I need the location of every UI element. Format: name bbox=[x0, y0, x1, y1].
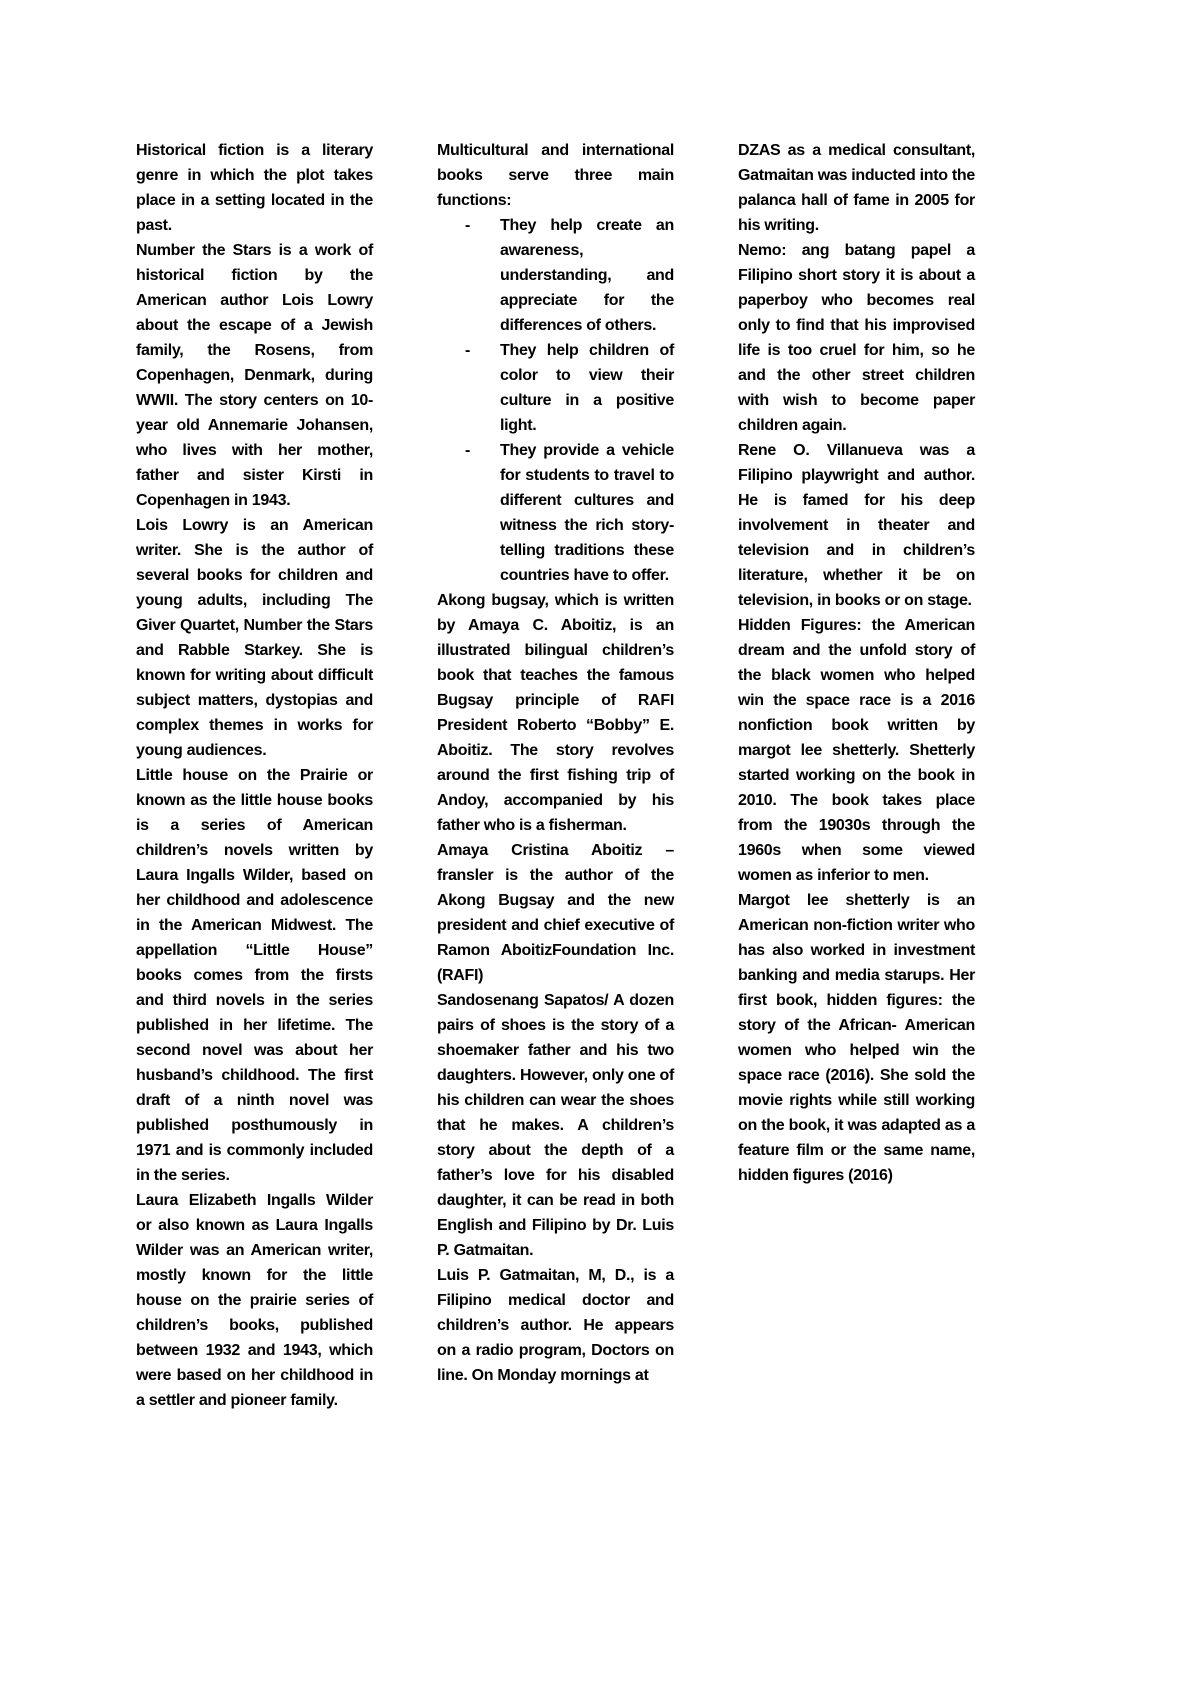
paragraph-luis-gatmaitan: Luis P. Gatmaitan, M, D., is a Filipino … bbox=[437, 1263, 674, 1388]
paragraph-akong-bugsay: Akong bugsay, which is written by Amaya … bbox=[437, 588, 674, 838]
paragraph-amaya-aboitiz: Amaya Cristina Aboitiz – fransler is the… bbox=[437, 838, 674, 988]
paragraph-lois-lowry: Lois Lowry is an American writer. She is… bbox=[136, 513, 373, 763]
column-2: Multicultural and international books se… bbox=[437, 138, 674, 1413]
paragraph-nemo: Nemo: ang batang papel a Filipino short … bbox=[738, 238, 975, 438]
paragraph-rene-villanueva: Rene O. Villanueva was a Filipino playwr… bbox=[738, 438, 975, 613]
paragraph-multicultural-intro: Multicultural and international books se… bbox=[437, 138, 674, 213]
paragraph-little-house: Little house on the Prairie or known as … bbox=[136, 763, 373, 1188]
dash-bullet: - bbox=[465, 338, 500, 438]
paragraph-number-the-stars: Number the Stars is a work of historical… bbox=[136, 238, 373, 513]
dash-bullet: - bbox=[465, 438, 500, 588]
list-item-text: They provide a vehicle for students to t… bbox=[500, 438, 674, 588]
column-1: Historical fiction is a literary genre i… bbox=[136, 138, 373, 1413]
list-item: - They help children of color to view th… bbox=[437, 338, 674, 438]
bullet-list: - They help create an awareness, underst… bbox=[437, 213, 674, 588]
three-column-layout: Historical fiction is a literary genre i… bbox=[136, 138, 975, 1413]
dash-bullet: - bbox=[465, 213, 500, 338]
list-item-text: They help create an awareness, understan… bbox=[500, 213, 674, 338]
paragraph-historical-fiction: Historical fiction is a literary genre i… bbox=[136, 138, 373, 238]
list-item-text: They help children of color to view thei… bbox=[500, 338, 674, 438]
paragraph-sandosenang-sapatos: Sandosenang Sapatos/ A dozen pairs of sh… bbox=[437, 988, 674, 1263]
paragraph-laura-ingalls-wilder: Laura Elizabeth Ingalls Wilder or also k… bbox=[136, 1188, 373, 1413]
document-page: Historical fiction is a literary genre i… bbox=[0, 0, 1200, 1698]
paragraph-margot-shetterly: Margot lee shetterly is an American non-… bbox=[738, 888, 975, 1188]
list-item: - They provide a vehicle for students to… bbox=[437, 438, 674, 588]
list-item: - They help create an awareness, underst… bbox=[437, 213, 674, 338]
paragraph-hidden-figures: Hidden Figures: the American dream and t… bbox=[738, 613, 975, 888]
column-3: DZAS as a medical consultant, Gatmaitan … bbox=[738, 138, 975, 1413]
paragraph-dzas-continuation: DZAS as a medical consultant, Gatmaitan … bbox=[738, 138, 975, 238]
